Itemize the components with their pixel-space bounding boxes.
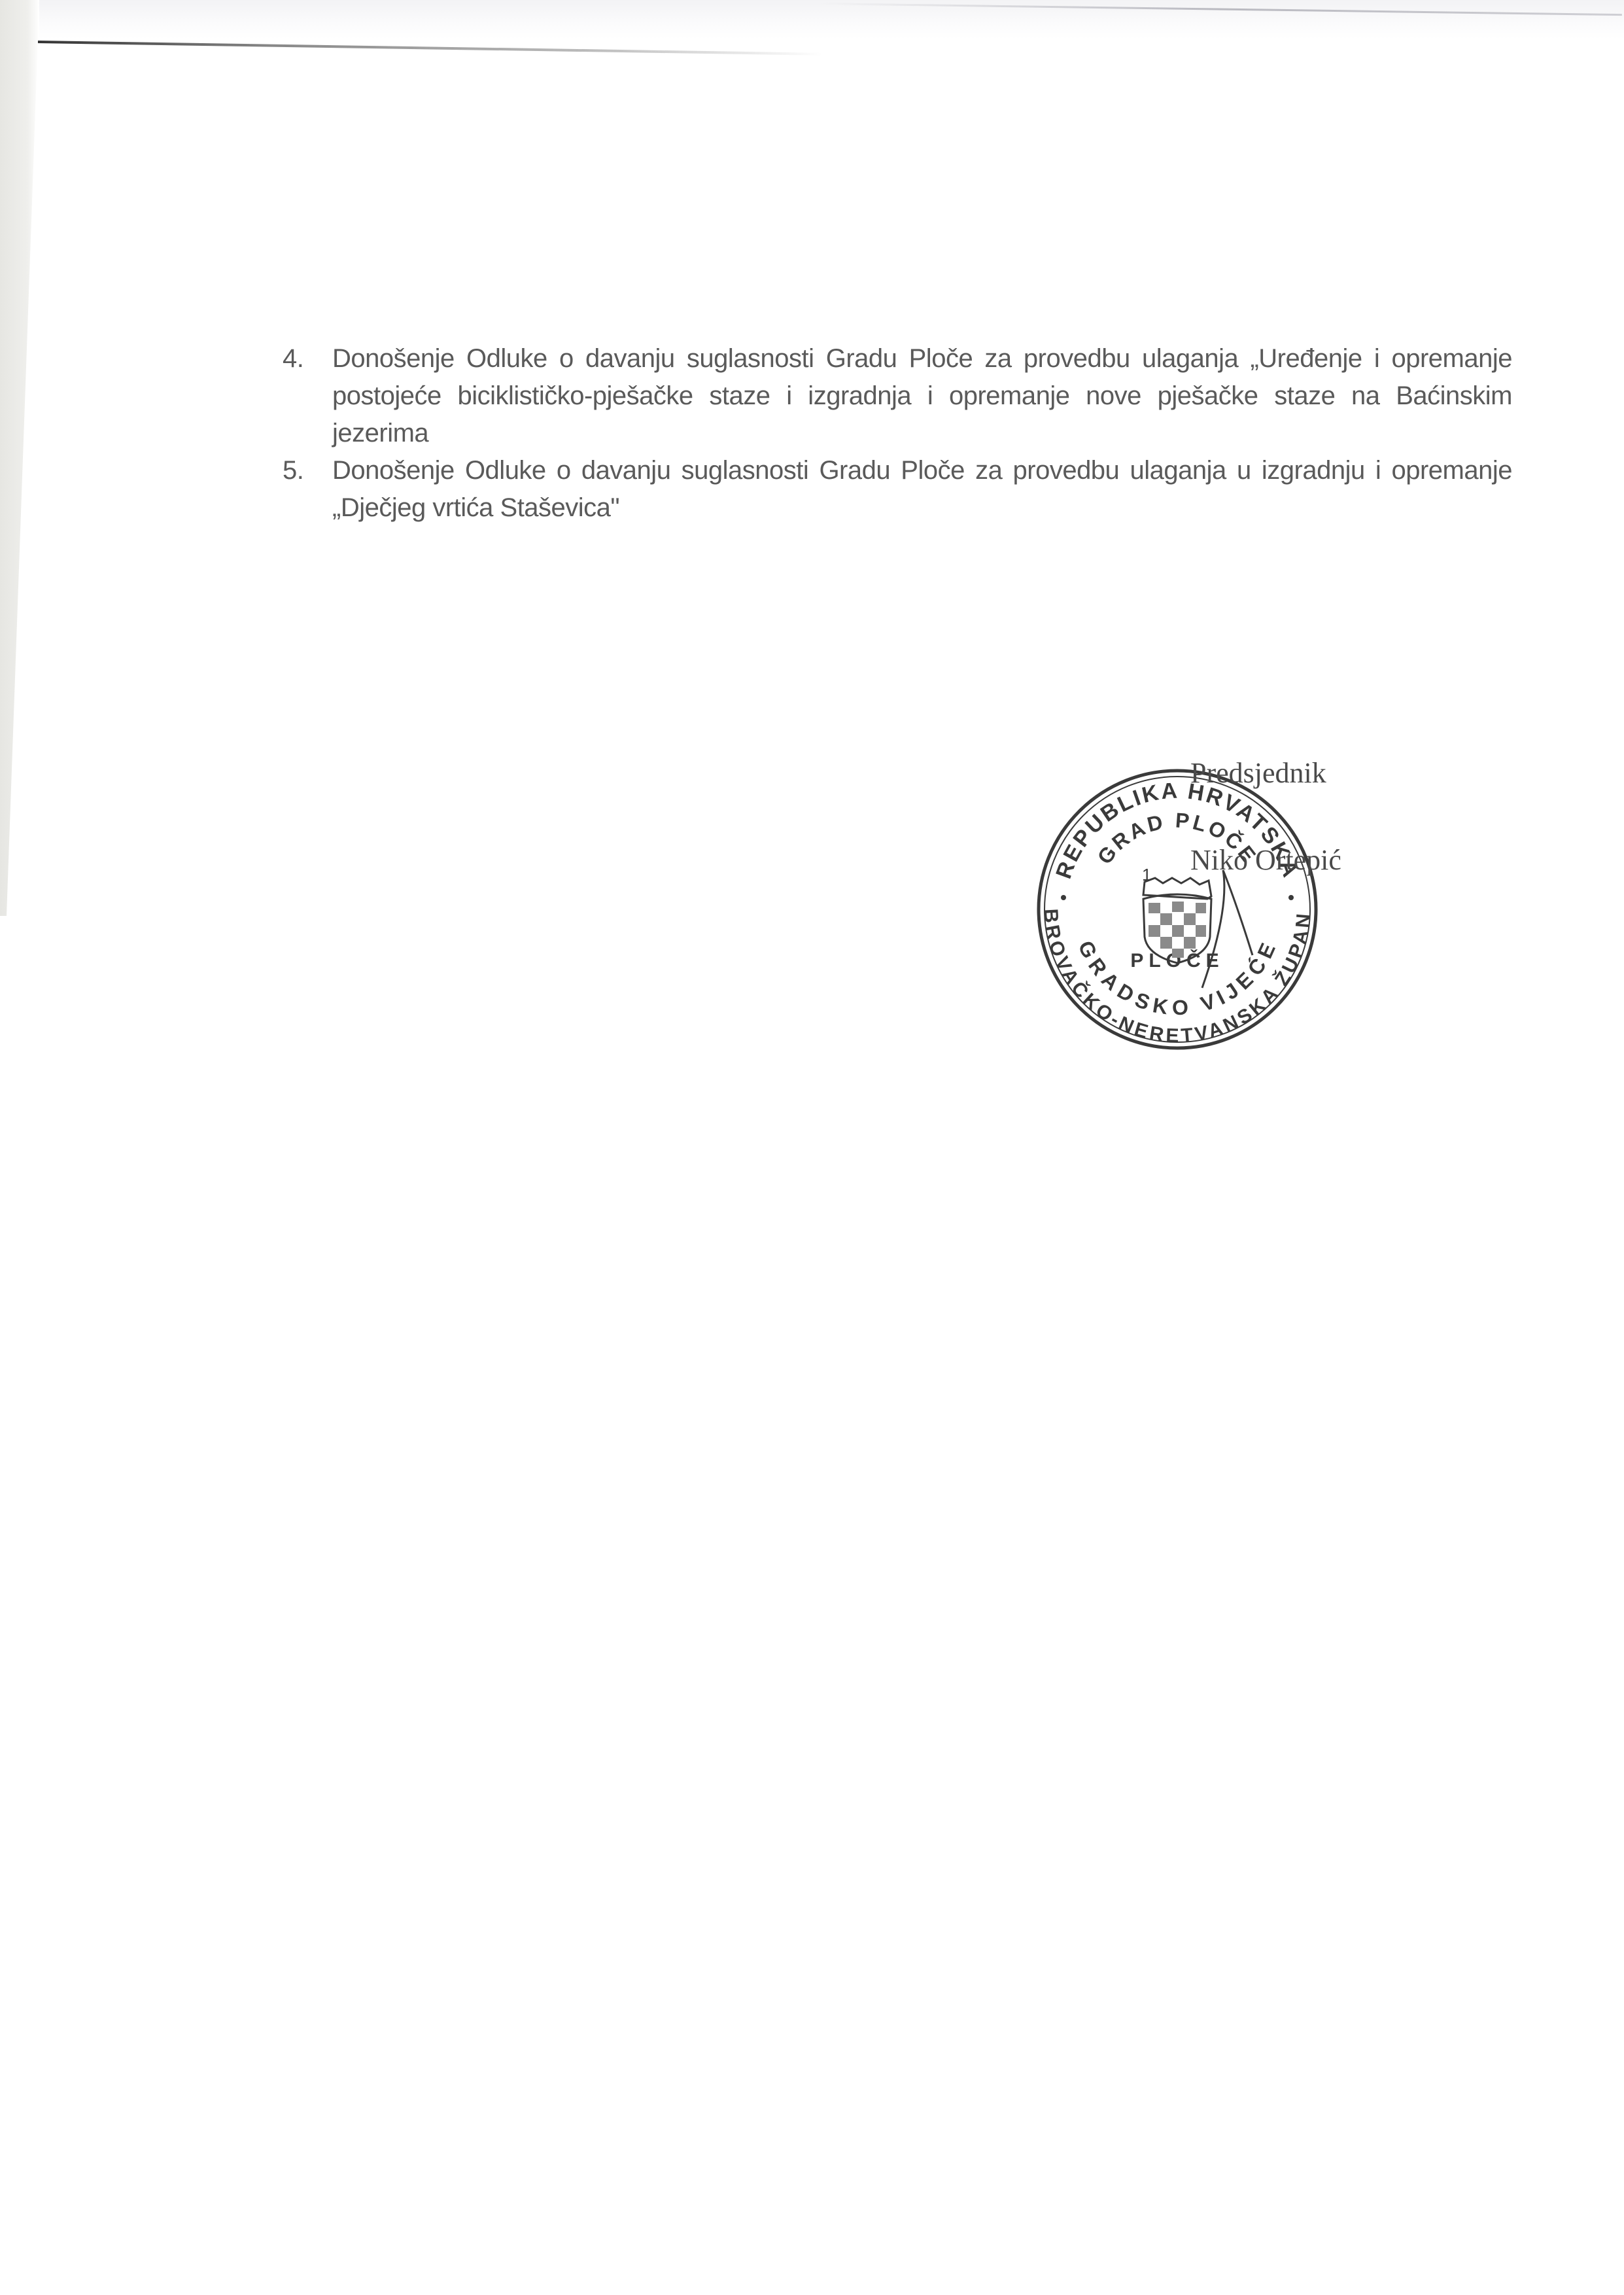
agenda-item-text: Donošenje Odluke o davanju suglasnosti G… [332,344,1512,447]
agenda-item: 5. Donošenje Odluke o davanju suglasnost… [283,452,1512,527]
scan-fold-shadow [39,0,1624,39]
agenda-item-number: 4. [283,340,303,377]
agenda-item: 4. Donošenje Odluke o davanju suglasnost… [283,340,1512,452]
scan-artifact-line [38,41,823,56]
scan-edge-shadow [0,0,39,916]
agenda-item-text: Donošenje Odluke o davanju suglasnosti G… [332,456,1512,522]
official-stamp: REPUBLIKA HRVATSKA DUBROVAČKO-NERETVANSK… [1027,759,1328,1060]
agenda-list: 4. Donošenje Odluke o davanju suglasnost… [283,340,1512,527]
agenda-item-number: 5. [283,452,303,489]
signature-title: Predsjednik [1190,759,1326,788]
signature-name: Niko Ortepić [1190,846,1341,875]
